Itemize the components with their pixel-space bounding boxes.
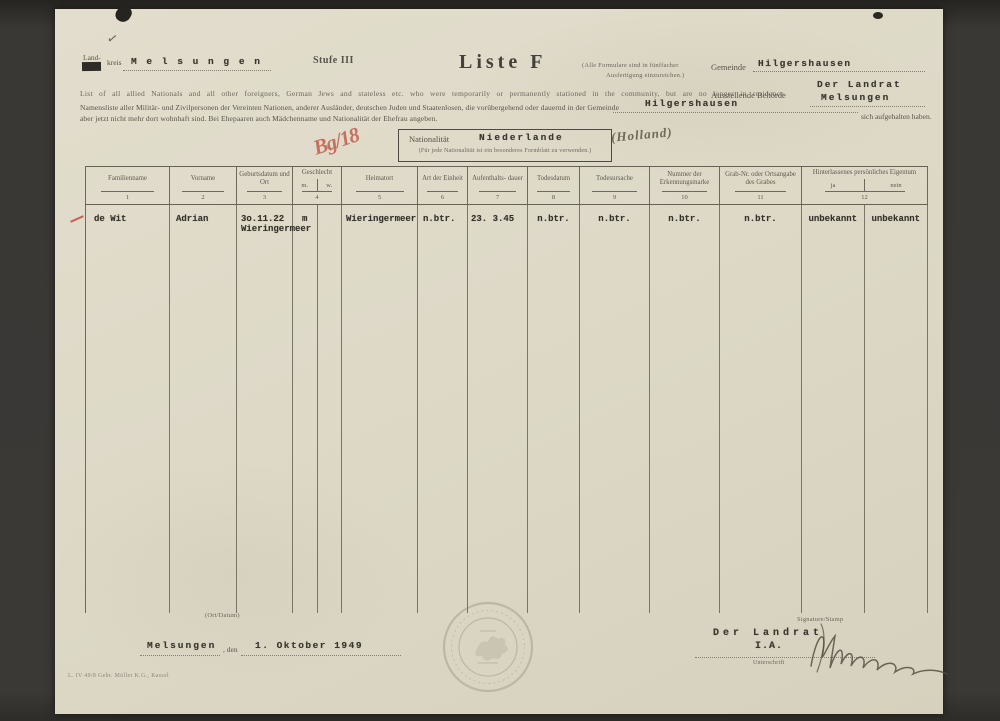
- nationality-label: Nationalität: [409, 134, 449, 144]
- cell-sex-w: [318, 205, 342, 613]
- cell-death-date: n.btr.: [528, 205, 580, 613]
- official-stamp-icon: [440, 599, 536, 695]
- cell-family-name: de Wit: [85, 205, 170, 613]
- ink-blot-icon: [113, 3, 134, 24]
- intro-english: List of all allied Nationals and all oth…: [80, 89, 928, 98]
- cell-stay-duration: 23. 3.45: [468, 205, 528, 613]
- intro-german-2: aber jetzt nicht mehr dort wohnhaft sind…: [80, 114, 437, 123]
- cell-property-nein: unbekannt: [865, 205, 928, 613]
- signed-by-line2: I.A.: [755, 641, 783, 652]
- sub-header-nein: nein: [865, 179, 927, 191]
- nationality-value: Niederlande: [479, 132, 564, 143]
- col-header-eigentum: Hinterlassenes persönliches Eigentum ja …: [802, 167, 928, 204]
- gemeinde-dotted-line: [753, 70, 925, 72]
- pencil-check-icon: ✓: [105, 30, 119, 48]
- col-header-heimatort: Heimatort 5: [342, 167, 418, 204]
- date-value: 1. Oktober 1949: [255, 640, 363, 651]
- intro-gemeinde-value: Hilgershausen: [645, 98, 739, 109]
- intro-german-end: sich aufgehalten haben.: [861, 112, 932, 121]
- land-label: Land-: [83, 53, 101, 62]
- kreis-dotted-line: [123, 69, 271, 71]
- col-header-vorname: Vorname 2: [170, 167, 237, 204]
- col-header-todesursache: Todesursache 9: [580, 167, 650, 204]
- cell-id-tag: n.btr.: [650, 205, 720, 613]
- place-dotted-line: [140, 654, 220, 656]
- table-header-row: Familienname 1 Vorname 2 Geburtsdatum un…: [85, 166, 928, 205]
- nationality-box: Nationalität Niederlande (Für jede Natio…: [398, 129, 612, 162]
- gemeinde-label: Gemeinde: [711, 62, 746, 72]
- intro-german-1: Namensliste aller Militär- und Zivilpers…: [80, 103, 619, 112]
- stufe-label: Stufe III: [313, 55, 354, 66]
- cell-sex-m: m: [293, 205, 318, 613]
- printer-mark: L. IV 49/8 Gebr. Müller K.G., Kassel: [68, 673, 169, 679]
- col-header-familienname: Familienname 1: [85, 167, 170, 204]
- gemeinde-value: Hilgershausen: [758, 58, 852, 69]
- red-pencil-annotation: Bg/18: [310, 122, 362, 160]
- sub-header-m: m.: [293, 179, 318, 191]
- gemeinde-blank-dotted: [613, 111, 858, 113]
- place-value: Melsungen: [147, 640, 216, 651]
- table-body: de Wit Adrian 3o.11.22 Wieringermeer m W…: [85, 205, 928, 613]
- col-header-erkennungsmarke: Nummer der Erkennungsmarke 10: [650, 167, 720, 204]
- den-label: , den: [223, 645, 238, 654]
- form-title: Liste F: [459, 51, 546, 74]
- col-header-geschlecht: Geschlecht m. w. 4: [293, 167, 342, 204]
- kreis-label: kreis: [107, 58, 122, 67]
- date-dotted-line: [241, 654, 401, 656]
- red-check-mark: [70, 216, 84, 224]
- col-header-grab: Grab-Nr. oder Ortsangabe des Grabes 11: [720, 167, 802, 204]
- col-header-aufenthaltsdauer: Aufenthalts- dauer 7: [468, 167, 528, 204]
- col-header-todesdatum: Todesdatum 8: [528, 167, 580, 204]
- unterschrift-label: Unterschrift: [753, 660, 784, 666]
- scanned-document-photo: ✓ Land- Stadt kreis M e l s u n g e n St…: [0, 0, 1000, 721]
- stadt-label-struck: Stadt: [82, 62, 102, 71]
- cell-death-cause: n.btr.: [580, 205, 650, 613]
- cell-property-ja: unbekannt: [802, 205, 865, 613]
- ort-datum-label: (Ort/Datum): [205, 612, 240, 619]
- behoerde-dotted-line: [810, 105, 925, 107]
- nationality-handwritten: (Holland): [610, 124, 673, 145]
- col-header-geburtsdatum: Geburtsdatum und Ort 3: [237, 167, 293, 204]
- handwritten-signature: [797, 622, 962, 682]
- cell-property: unbekannt unbekannt: [802, 205, 928, 613]
- cell-unit-type: n.btr.: [418, 205, 468, 613]
- cell-home-town: Wieringermeer: [342, 205, 418, 613]
- nationality-note: (Für jede Nationalität ist ein besondere…: [403, 148, 607, 154]
- cell-birth: 3o.11.22 Wieringermeer: [237, 205, 293, 613]
- cell-sex: m: [293, 205, 342, 613]
- copies-note-line2: Ausfertigung einzureichen.): [582, 71, 742, 81]
- ink-dot-icon: [873, 12, 883, 19]
- kreis-value: M e l s u n g e n: [131, 56, 262, 67]
- sub-header-w: w.: [318, 179, 342, 191]
- cell-first-name: Adrian: [170, 205, 237, 613]
- form-paper: ✓ Land- Stadt kreis M e l s u n g e n St…: [55, 9, 943, 714]
- sub-header-ja: ja: [802, 179, 865, 191]
- list-table: Familienname 1 Vorname 2 Geburtsdatum un…: [85, 166, 928, 613]
- col-header-art-der-einheit: Art der Einheit 6: [418, 167, 468, 204]
- cell-grave: n.btr.: [720, 205, 802, 613]
